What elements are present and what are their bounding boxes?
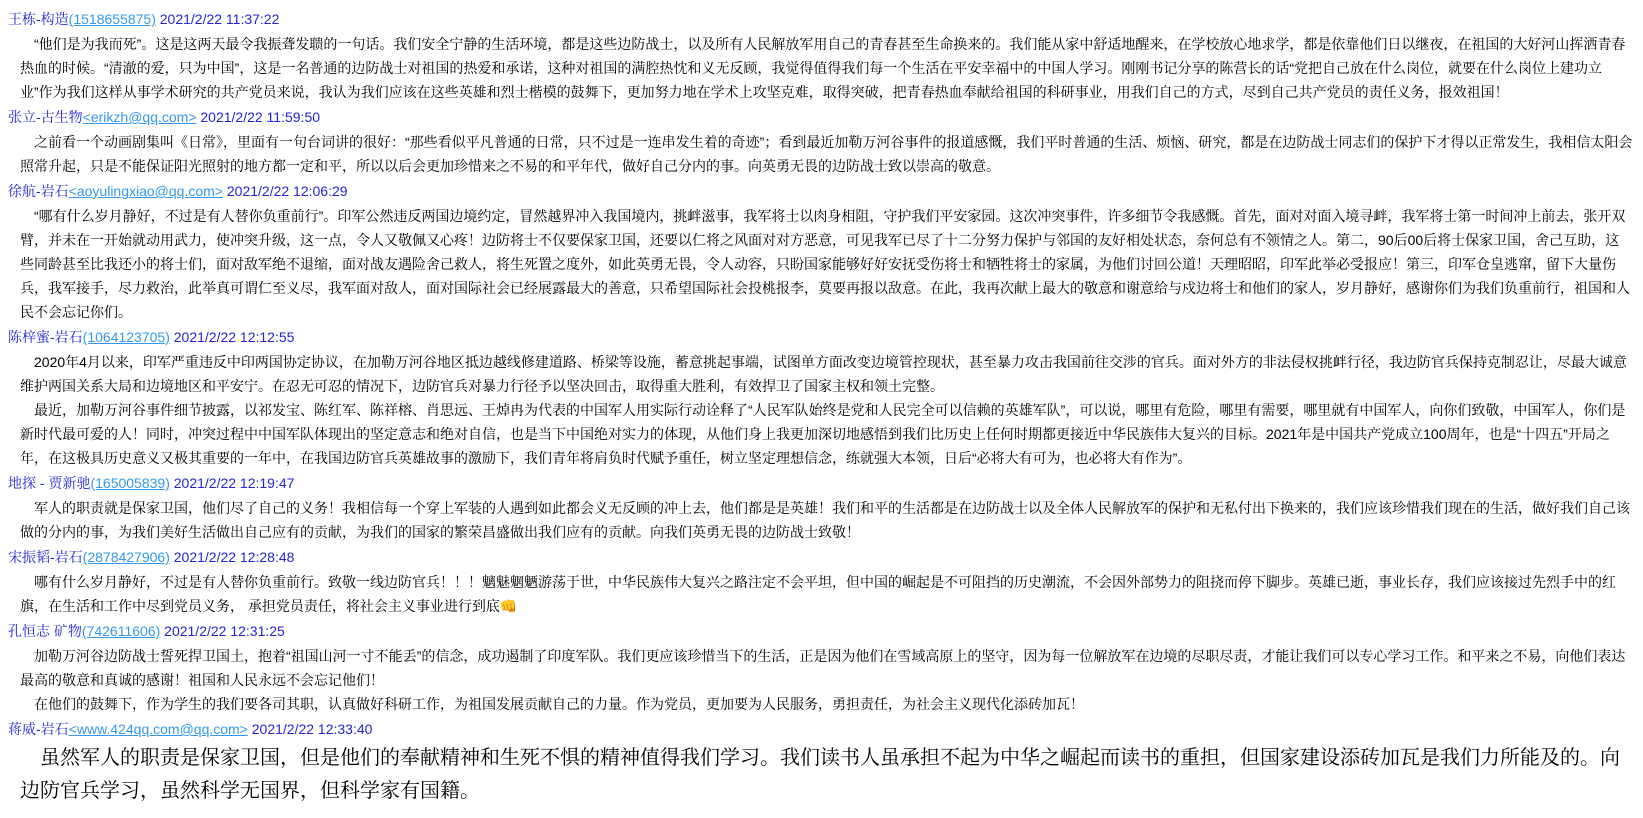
message-header: 蒋威-岩石<www.424qq.com@qq.com> 2021/2/22 12… [8,716,1635,742]
sender-name: 孔恒志 矿物 [8,623,82,639]
message-paragraph: “哪有什么岁月静好，不过是有人替你负重前行”。印军公然违反两国边境约定，冒然越界… [20,204,1633,324]
message-header: 徐航-岩石<aoyulingxiao@qq.com> 2021/2/22 12:… [8,178,1635,204]
message-paragraph: 最近，加勒万河谷事件细节披露，以祁发宝、陈红军、陈祥榕、肖思远、王焯冉为代表的中… [20,398,1633,470]
message-paragraph: 虽然军人的职责是保家卫国，但是他们的奉献精神和生死不惧的精神值得我们学习。我们读… [20,742,1633,808]
message-body: 加勒万河谷边防战士誓死捍卫国土，抱着“祖国山河一寸不能丢”的信念，成功遏制了印度… [20,644,1633,716]
message-body: 之前看一个动画剧集叫《日常》，里面有一句台词讲的很好：“那些看似平凡普通的日常，… [20,130,1633,178]
sender-id-link[interactable]: <aoyulingxiao@qq.com> [69,183,223,199]
sender-id-link[interactable]: <erikzh@qq.com> [83,109,197,125]
message-paragraph: 之前看一个动画剧集叫《日常》，里面有一句台词讲的很好：“那些看似平凡普通的日常，… [20,130,1633,178]
timestamp: 2021/2/22 12:19:47 [170,475,295,491]
message: 徐航-岩石<aoyulingxiao@qq.com> 2021/2/22 12:… [8,178,1635,324]
message-body: 哪有什么岁月静好，不过是有人替你负重前行。致敬一线边防官兵！！！魑魅魍魉游荡于世… [20,570,1633,618]
sender-name: 地探 - 贾新驰 [8,475,90,491]
message: 张立-古生物<erikzh@qq.com> 2021/2/22 11:59:50… [8,104,1635,178]
sender-id-link[interactable]: (2878427906) [83,549,170,565]
sender-id-link[interactable]: (165005839) [90,475,169,491]
message-paragraph: 加勒万河谷边防战士誓死捍卫国土，抱着“祖国山河一寸不能丢”的信念，成功遏制了印度… [20,644,1633,692]
timestamp: 2021/2/22 12:06:29 [223,183,348,199]
sender-name: 宋振韬-岩石 [8,549,83,565]
sender-name: 陈梓蜜-岩石 [8,329,83,345]
message-body: 虽然军人的职责是保家卫国，但是他们的奉献精神和生死不惧的精神值得我们学习。我们读… [20,742,1633,808]
message-header: 地探 - 贾新驰(165005839) 2021/2/22 12:19:47 [8,470,1635,496]
message: 孔恒志 矿物(742611606) 2021/2/22 12:31:25 加勒万… [8,618,1635,716]
timestamp: 2021/2/22 11:59:50 [197,109,321,125]
timestamp: 2021/2/22 12:31:25 [160,623,285,639]
sender-id-link[interactable]: (1064123705) [83,329,170,345]
sender-name: 徐航-岩石 [8,183,69,199]
timestamp: 2021/2/22 12:33:40 [248,721,373,737]
timestamp: 2021/2/22 11:37:22 [156,11,280,27]
sender-id-link[interactable]: (1518655875) [69,11,156,27]
timestamp: 2021/2/22 12:28:48 [170,549,295,565]
message-body: “哪有什么岁月静好，不过是有人替你负重前行”。印军公然违反两国边境约定，冒然越界… [20,204,1633,324]
timestamp: 2021/2/22 12:12:55 [170,329,295,345]
message-paragraph: 2020年4月以来，印军严重违反中印两国协定协议，在加勒万河谷地区抵边越线修建道… [20,350,1633,398]
message: 宋振韬-岩石(2878427906) 2021/2/22 12:28:48 哪有… [8,544,1635,618]
message: 陈梓蜜-岩石(1064123705) 2021/2/22 12:12:55 20… [8,324,1635,470]
message-paragraph: 在他们的鼓舞下，作为学生的我们要各司其职，认真做好科研工作，为祖国发展贡献自己的… [20,692,1633,716]
message-body: 2020年4月以来，印军严重违反中印两国协定协议，在加勒万河谷地区抵边越线修建道… [20,350,1633,470]
sender-name: 张立-古生物 [8,109,83,125]
message: 蒋威-岩石<www.424qq.com@qq.com> 2021/2/22 12… [8,716,1635,808]
message-header: 宋振韬-岩石(2878427906) 2021/2/22 12:28:48 [8,544,1635,570]
sender-name: 王栋-构造 [8,11,69,27]
message-body: “他们是为我而死”。这是这两天最令我振聋发聩的一句话。我们安全宁静的生活环境，都… [20,32,1633,104]
sender-id-link[interactable]: <www.424qq.com@qq.com> [69,721,248,737]
sender-id-link[interactable]: (742611606) [82,623,160,639]
message-header: 孔恒志 矿物(742611606) 2021/2/22 12:31:25 [8,618,1635,644]
message-paragraph: “他们是为我而死”。这是这两天最令我振聋发聩的一句话。我们安全宁静的生活环境，都… [20,32,1633,104]
message-header: 王栋-构造(1518655875) 2021/2/22 11:37:22 [8,6,1635,32]
message-body: 军人的职责就是保家卫国，他们尽了自己的义务！我相信每一个穿上军装的人遇到如此都会… [20,496,1633,544]
message-paragraph: 哪有什么岁月静好，不过是有人替你负重前行。致敬一线边防官兵！！！魑魅魍魉游荡于世… [20,570,1633,618]
chat-log: 王栋-构造(1518655875) 2021/2/22 11:37:22 “他们… [0,0,1643,818]
message-paragraph: 军人的职责就是保家卫国，他们尽了自己的义务！我相信每一个穿上军装的人遇到如此都会… [20,496,1633,544]
sender-name: 蒋威-岩石 [8,721,69,737]
message: 王栋-构造(1518655875) 2021/2/22 11:37:22 “他们… [8,6,1635,104]
message-header: 陈梓蜜-岩石(1064123705) 2021/2/22 12:12:55 [8,324,1635,350]
message: 地探 - 贾新驰(165005839) 2021/2/22 12:19:47 军… [8,470,1635,544]
message-header: 张立-古生物<erikzh@qq.com> 2021/2/22 11:59:50 [8,104,1635,130]
